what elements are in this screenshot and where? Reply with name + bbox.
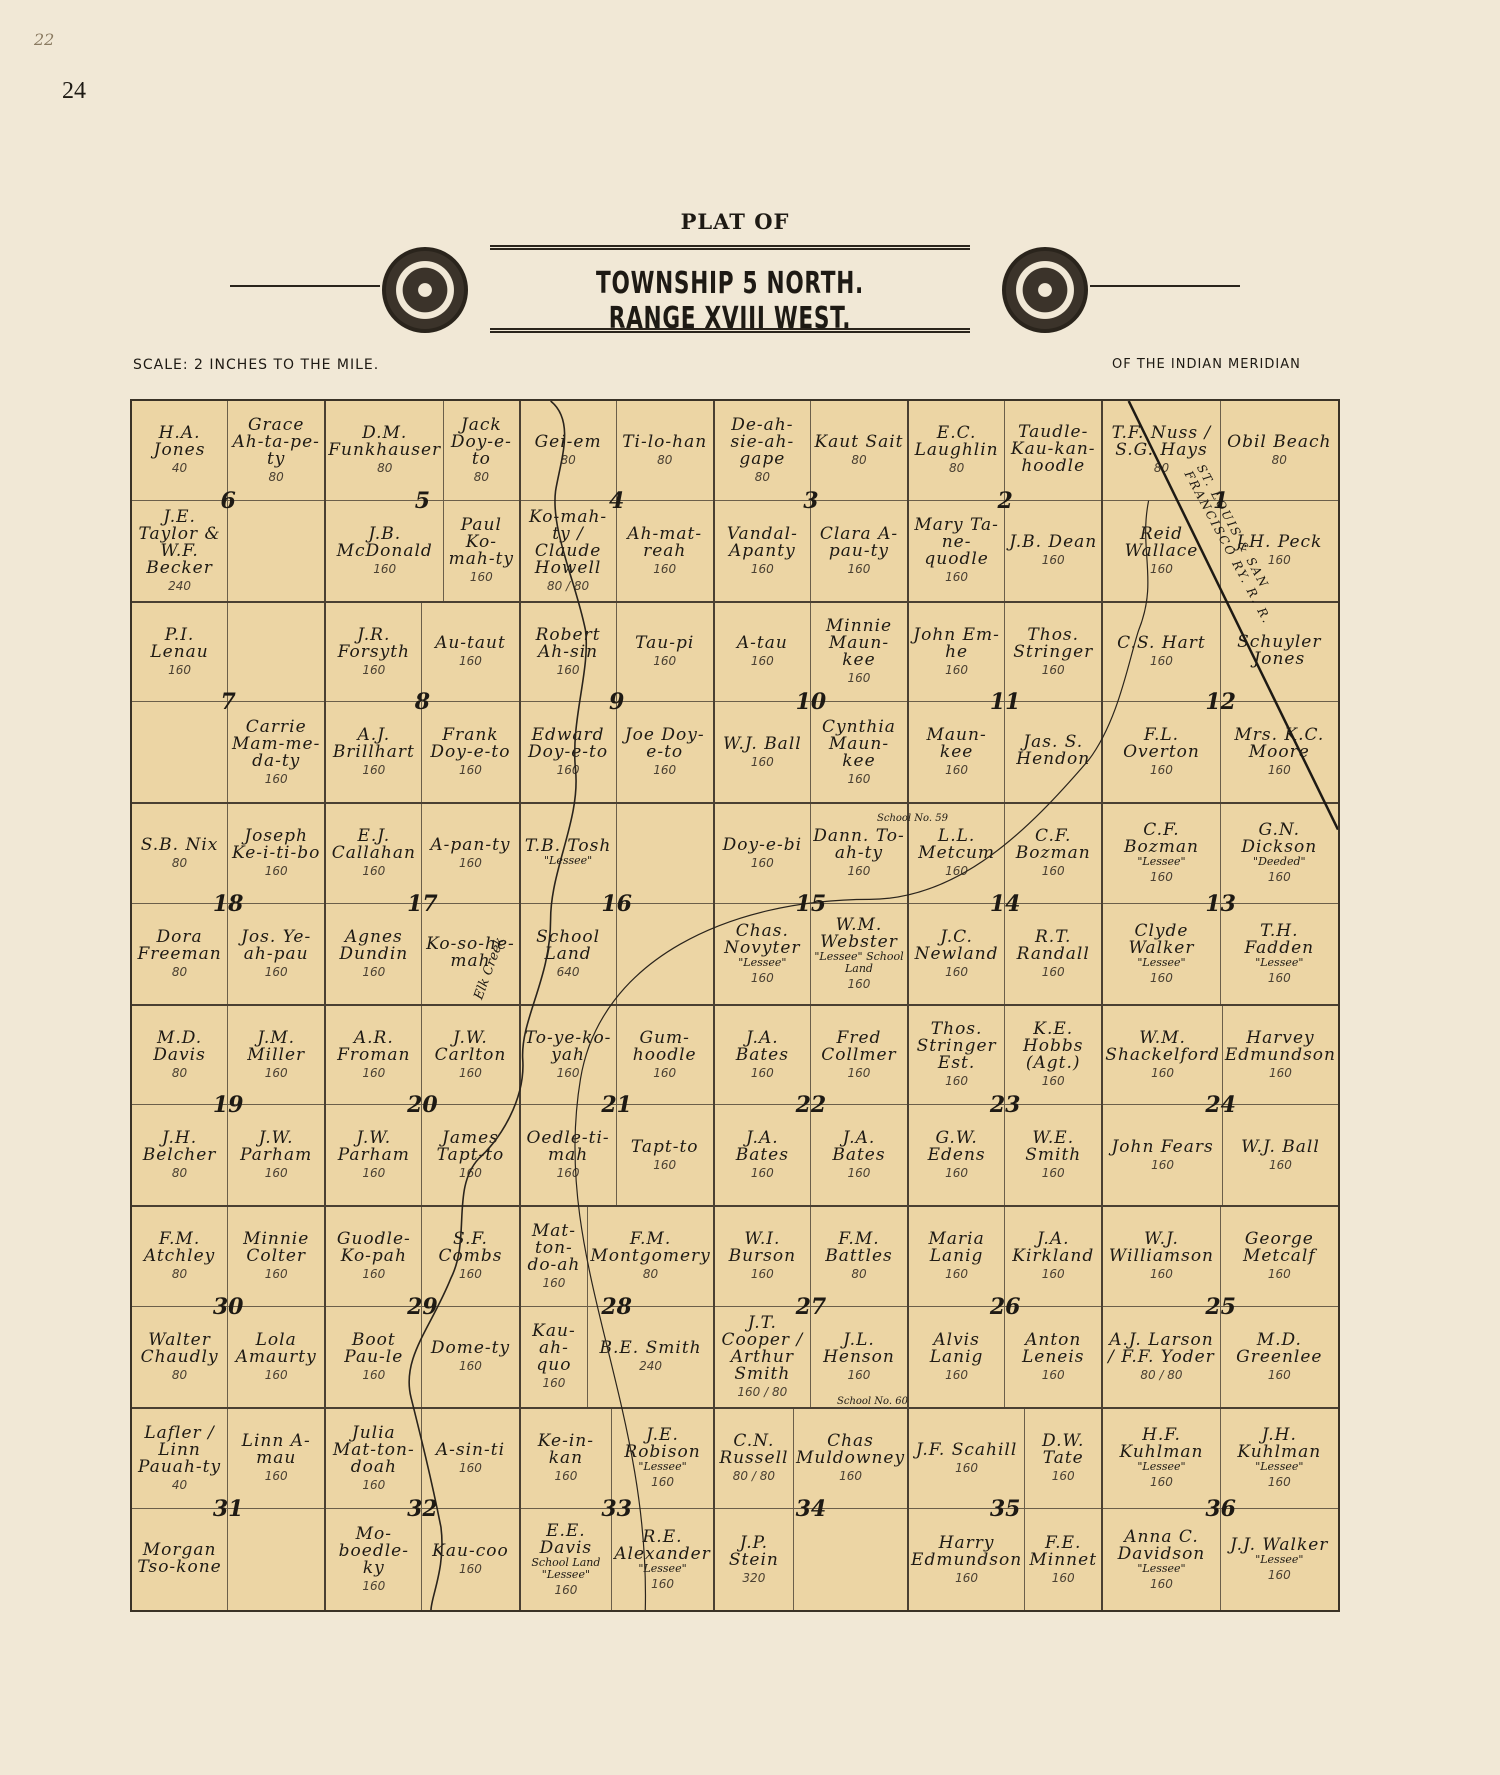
quarter-section: Chas Muldowney160 [794, 1409, 907, 1510]
owner-note: "Deeded" [1253, 856, 1306, 868]
acreage: 160 [1150, 971, 1173, 985]
acreage: 160 [1269, 1066, 1292, 1080]
quarter-section: G.W. Edens160 [909, 1105, 1005, 1205]
quarter-section: D.M. Funkhauser80 [326, 401, 444, 501]
quarter-section: F.M. Atchley80 [132, 1207, 228, 1307]
quarter-section: T.B. Tosh"Lessee" [521, 804, 617, 904]
section-30: F.M. Atchley80Minnie Colter160Walter Cha… [132, 1207, 326, 1409]
acreage: 160 [459, 1562, 482, 1576]
owner-name: B.E. Smith [600, 1340, 702, 1357]
section-18: S.B. Nix80Joseph Ke-i-ti-bo160Dora Freem… [132, 804, 326, 1006]
owner-name: Gum-hoodle [619, 1030, 711, 1064]
quarter-section: W.I. Burson160 [715, 1207, 811, 1307]
owner-name: J.J. Walker [1230, 1537, 1328, 1554]
owner-name: Maun-kee [911, 727, 1002, 761]
flourish-right [1090, 285, 1240, 287]
quarter-section: J.R. Forsyth160 [326, 603, 422, 703]
quarter-section: C.N. Russell80 / 80 [715, 1409, 794, 1510]
section-16: T.B. Tosh"Lessee"School Land64016 [521, 804, 715, 1006]
acreage: 160 [557, 763, 580, 777]
section-number: 34 [796, 1496, 827, 1522]
section-23: Thos. Stringer Est.160K.E. Hobbs (Agt.)1… [909, 1006, 1103, 1208]
section-32: Julia Mat-ton-doah160A-sin-ti160Mo-boedl… [326, 1409, 520, 1611]
section-number: 31 [213, 1496, 244, 1522]
acreage: 160 [1042, 965, 1065, 979]
owner-name: E.J. Callahan [328, 828, 419, 862]
quarter-section: To-ye-ko-yah160 [521, 1006, 617, 1106]
acreage: 320 [742, 1571, 765, 1585]
owner-name: Harry Edmundson [911, 1535, 1022, 1569]
acreage: 160 [848, 864, 871, 878]
owner-name: M.D. Greenlee [1223, 1332, 1336, 1366]
owner-name: W.M. Shackelford [1105, 1030, 1220, 1064]
owner-name: Jack Doy-e-to [446, 417, 516, 468]
acreage: 160 [848, 1166, 871, 1180]
owner-name: W.M. Webster [813, 917, 905, 951]
owner-name: Clyde Walker [1105, 923, 1217, 957]
owner-name: De-ah-sie-ah-gape [717, 417, 808, 468]
quarter-section: Mary Ta-ne-quodle160 [909, 501, 1005, 601]
quarter-section: John Em-he160 [909, 603, 1005, 703]
acreage: 160 [362, 663, 385, 677]
quarter-section: John Fears160 [1103, 1105, 1223, 1205]
quarter-section: Taudle-Kau-kan-hoodle [1005, 401, 1101, 501]
quarter-section: Kau-ah-quo160 [521, 1307, 589, 1407]
quarter-section: Edward Doy-e-to160 [521, 702, 617, 802]
section-number: 8 [415, 689, 430, 715]
quarter-section: Clara A-pau-ty160 [811, 501, 907, 601]
quarter-section: Au-taut160 [422, 603, 518, 703]
quarter-section: Maun-kee160 [909, 702, 1005, 802]
owner-name: Morgan Tso-kone [134, 1542, 225, 1576]
acreage: 160 [1150, 654, 1173, 668]
section-number: 16 [601, 891, 632, 917]
acreage: 160 [265, 1469, 288, 1483]
owner-name: George Metcalf [1223, 1231, 1336, 1265]
owner-name: G.W. Edens [911, 1130, 1002, 1164]
owner-name: W.E. Smith [1007, 1130, 1099, 1164]
owner-name: Minnie Maun-kee [813, 618, 905, 669]
owner-name: A.J. Brillhart [328, 727, 419, 761]
quarter-section: Mrs. K.C. Moore160 [1221, 702, 1338, 802]
quarter-section: Walter Chaudly80 [132, 1307, 228, 1407]
owner-name: J.W. Carlton [424, 1030, 516, 1064]
owner-name: Kau-ah-quo [523, 1323, 586, 1374]
owner-name: J.C. Newland [911, 929, 1002, 963]
quarter-section: R.E. Alexander"Lessee"160 [612, 1509, 713, 1610]
quarter-section: Dora Freeman80 [132, 904, 228, 1004]
owner-note: "Lessee" [544, 855, 592, 867]
quarter-section: P.I. Lenau160 [132, 603, 228, 703]
owner-name: School Land [523, 929, 614, 963]
quarter-section: W.J. Ball160 [715, 702, 811, 802]
owner-name: Mo-boedle-ky [328, 1526, 419, 1577]
owner-name: T.F. Nuss / S.G. Hays [1105, 425, 1217, 459]
acreage: 160 [1042, 1267, 1065, 1281]
acreage: 160 [362, 1368, 385, 1382]
owner-name: To-ye-ko-yah [523, 1030, 614, 1064]
acreage: 160 [362, 864, 385, 878]
quarter-section: F.M. Battles80 [811, 1207, 907, 1307]
acreage: 40 [172, 1478, 187, 1492]
section-number: 18 [213, 891, 244, 917]
owner-name: Linn A-mau [230, 1433, 322, 1467]
section-number: 28 [601, 1294, 632, 1320]
acreage: 160 [459, 856, 482, 870]
owner-name: D.W. Tate [1027, 1433, 1099, 1467]
quarter-section: Ko-so-he-mah [422, 904, 518, 1004]
section-number: 26 [990, 1294, 1021, 1320]
quarter-section: Alvis Lanig160 [909, 1307, 1005, 1407]
quarter-section: J.A. Kirkland160 [1005, 1207, 1101, 1307]
section-number: 15 [796, 891, 827, 917]
quarter-section: Tau-pi160 [617, 603, 713, 703]
section-21: To-ye-ko-yah160Gum-hoodle160Oedle-ti-mah… [521, 1006, 715, 1208]
acreage: 160 [362, 763, 385, 777]
owner-name: J.E. Robison [614, 1427, 711, 1461]
owner-name: Carrie Mam-me-da-ty [230, 719, 322, 770]
owner-note: "Lessee" [1137, 856, 1185, 868]
section-number: 17 [407, 891, 438, 917]
acreage: 240 [639, 1359, 662, 1373]
acreage: 160 [265, 1166, 288, 1180]
owner-name: Minnie Colter [230, 1231, 322, 1265]
owner-name: Mrs. K.C. Moore [1223, 727, 1336, 761]
section-3: De-ah-sie-ah-gape80Kaut Sait80Vandal-Apa… [715, 401, 909, 603]
acreage: 160 [653, 763, 676, 777]
owner-name: A-sin-ti [436, 1442, 505, 1459]
quarter-section: C.F. Bozman"Lessee"160 [1103, 804, 1220, 904]
owner-name: Paul Ko-mah-ty [446, 517, 516, 568]
owner-name: E.C. Laughlin [911, 425, 1002, 459]
quarter-section: Joseph Ke-i-ti-bo160 [228, 804, 324, 904]
quarter-section: J.E. Robison"Lessee"160 [612, 1409, 713, 1510]
owner-name: R.T. Randall [1007, 929, 1099, 963]
title-prefix: PLAT OF [230, 209, 1240, 234]
acreage: 80 [560, 453, 575, 467]
section-31: Lafler / Linn Pauah-ty40Linn A-mau160Mor… [132, 1409, 326, 1611]
section-29: Guodle-Ko-pah160S.F. Combs160Boot Pau-le… [326, 1207, 520, 1409]
acreage: 240 [168, 579, 191, 593]
acreage: 160 [557, 663, 580, 677]
section-11: John Em-he160Thos. Stringer160Maun-kee16… [909, 603, 1103, 805]
acreage: 160 [848, 977, 871, 991]
quarter-section: F.L. Overton160 [1103, 702, 1220, 802]
acreage: 160 [1042, 1074, 1065, 1088]
acreage: 160 [751, 1066, 774, 1080]
quarter-section: Lola Amaurty160 [228, 1307, 324, 1407]
quarter-section: A-tau160 [715, 603, 811, 703]
owner-name: M.D. Davis [134, 1030, 225, 1064]
section-number: 2 [998, 488, 1013, 514]
acreage: 160 [1269, 1158, 1292, 1172]
quarter-section [132, 702, 228, 802]
acreage: 160 [945, 965, 968, 979]
quarter-section [617, 804, 713, 904]
section-35: J.F. Scahill160D.W. Tate160Harry Edmunds… [909, 1409, 1103, 1611]
acreage: 160 [751, 755, 774, 769]
acreage: 80 [949, 461, 964, 475]
quarter-section [617, 904, 713, 1004]
page-title: TOWNSHIP 5 NORTH. RANGE XVIII WEST. [557, 266, 903, 336]
quarter-section: Ti-lo-han80 [617, 401, 713, 501]
quarter-section: Dome-ty160 [422, 1307, 518, 1407]
acreage: 160 [839, 1469, 862, 1483]
owner-name: Edward Doy-e-to [523, 727, 614, 761]
owner-name: Anton Leneis [1007, 1332, 1099, 1366]
owner-name: Tapt-to [631, 1139, 699, 1156]
acreage: 80 [851, 453, 866, 467]
quarter-section: Robert Ah-sin160 [521, 603, 617, 703]
section-26: Maria Lanig160J.A. Kirkland160Alvis Lani… [909, 1207, 1103, 1409]
quarter-section: Paul Ko-mah-ty160 [444, 501, 518, 601]
section-number: 35 [990, 1496, 1021, 1522]
quarter-section: Clyde Walker"Lessee"160 [1103, 904, 1220, 1004]
acreage: 160 [1268, 870, 1291, 884]
owner-name: T.H. Fadden [1223, 923, 1336, 957]
owner-name: Kaut Sait [814, 434, 903, 451]
owner-name: Lola Amaurty [230, 1332, 322, 1366]
quarter-section: Grace Ah-ta-pe-ty80 [228, 401, 324, 501]
quarter-section: H.A. Jones40 [132, 401, 228, 501]
quarter-section: J.F. Scahill160 [909, 1409, 1025, 1510]
owner-note: "Lessee" [638, 1563, 686, 1575]
owner-name: J.T. Cooper / Arthur Smith [717, 1315, 808, 1383]
section-6: H.A. Jones40Grace Ah-ta-pe-ty80J.E. Tayl… [132, 401, 326, 603]
quarter-section: A-sin-ti160 [422, 1409, 518, 1510]
acreage: 160 / 80 [737, 1385, 787, 1399]
acreage: 160 [362, 1579, 385, 1593]
quarter-section: Morgan Tso-kone [132, 1509, 228, 1610]
owner-name: J.H. Kuhlman [1223, 1427, 1336, 1461]
acreage: 160 [651, 1577, 674, 1591]
section-number: 36 [1205, 1496, 1236, 1522]
acreage: 160 [557, 1166, 580, 1180]
owner-name: T.B. Tosh [525, 838, 611, 855]
quarter-section: Linn A-mau160 [228, 1409, 324, 1510]
rosette-left-icon [382, 247, 468, 333]
owner-name: Tau-pi [635, 635, 694, 652]
owner-name: W.J. Williamson [1105, 1231, 1217, 1265]
school-59-marker: School No. 59 [877, 813, 948, 824]
section-number: 27 [796, 1294, 827, 1320]
owner-name: Taudle-Kau-kan-hoodle [1007, 424, 1099, 475]
acreage: 160 [751, 971, 774, 985]
acreage: 160 [1150, 1577, 1173, 1591]
acreage: 160 [554, 1583, 577, 1597]
acreage: 160 [373, 562, 396, 576]
owner-name: Doy-e-bi [723, 837, 802, 854]
quarter-section: Frank Doy-e-to160 [422, 702, 518, 802]
quarter-section: George Metcalf160 [1221, 1207, 1338, 1307]
quarter-section: J.M. Miller160 [228, 1006, 324, 1106]
quarter-section: Jos. Ye-ah-pau160 [228, 904, 324, 1004]
owner-name: J.A. Bates [717, 1030, 808, 1064]
rosette-right-icon [1002, 247, 1088, 333]
owner-name: Jos. Ye-ah-pau [230, 929, 322, 963]
quarter-section: Joe Doy-e-to160 [617, 702, 713, 802]
owner-name: J.R. Forsyth [328, 627, 419, 661]
section-number: 24 [1205, 1092, 1236, 1118]
quarter-section: J.H. Kuhlman"Lessee"160 [1221, 1409, 1338, 1510]
owner-name: Ko-mah-ty / Claude Howell [523, 509, 614, 577]
owner-name: H.A. Jones [134, 425, 225, 459]
section-number: 3 [803, 488, 818, 514]
section-number: 32 [407, 1496, 438, 1522]
quarter-section: J.H. Belcher80 [132, 1105, 228, 1205]
owner-name: Thos. Stringer [1007, 627, 1099, 661]
quarter-section: H.F. Kuhlman"Lessee"160 [1103, 1409, 1220, 1510]
quarter-section: A.J. Larson / F.F. Yoder80 / 80 [1103, 1307, 1220, 1407]
section-20: A.R. Froman160J.W. Carlton160J.W. Parham… [326, 1006, 520, 1208]
acreage: 80 / 80 [1140, 1368, 1182, 1382]
quarter-section: J.W. Parham160 [228, 1105, 324, 1205]
quarter-section [794, 1509, 907, 1610]
owner-note: "Lessee" [1137, 957, 1185, 969]
acreage: 160 [955, 1461, 978, 1475]
quarter-section: Thos. Stringer Est.160 [909, 1006, 1005, 1106]
acreage: 160 [1042, 663, 1065, 677]
quarter-section: Jack Doy-e-to80 [444, 401, 518, 501]
section-number: 14 [990, 891, 1021, 917]
section-number: 13 [1205, 891, 1236, 917]
owner-name: P.I. Lenau [134, 627, 225, 661]
quarter-section: Oedle-ti-mah160 [521, 1105, 617, 1205]
quarter-section: Anna C. Davidson"Lessee"160 [1103, 1509, 1220, 1610]
title-banner: TOWNSHIP 5 NORTH. RANGE XVIII WEST. [490, 245, 970, 333]
quarter-section: E.E. DavisSchool Land "Lessee"160 [521, 1509, 613, 1610]
quarter-section: Mat-ton-do-ah160 [521, 1207, 589, 1307]
acreage: 160 [362, 1478, 385, 1492]
acreage: 80 / 80 [547, 579, 589, 593]
owner-name: J.W. Parham [328, 1130, 419, 1164]
section-number: 12 [1205, 689, 1236, 715]
township-plat: H.A. Jones40Grace Ah-ta-pe-ty80J.E. Tayl… [130, 399, 1340, 1612]
acreage: 160 [1150, 763, 1173, 777]
quarter-section: Fred Collmer160 [811, 1006, 907, 1106]
scale-label: SCALE: 2 INCHES TO THE MILE. [133, 357, 379, 373]
owner-name: Ke-in-kan [523, 1433, 610, 1467]
quarter-section: Tapt-to160 [617, 1105, 713, 1205]
owner-name: W.J. Ball [1241, 1139, 1320, 1156]
quarter-section: Harvey Edmundson160 [1223, 1006, 1338, 1106]
section-19: M.D. Davis80J.M. Miller160J.H. Belcher80… [132, 1006, 326, 1208]
quarter-section: W.J. Williamson160 [1103, 1207, 1220, 1307]
acreage: 160 [651, 1475, 674, 1489]
quarter-section: A.R. Froman160 [326, 1006, 422, 1106]
owner-name: Thos. Stringer Est. [911, 1021, 1002, 1072]
owner-name: Alvis Lanig [911, 1332, 1002, 1366]
acreage: 160 [168, 663, 191, 677]
owner-name: Ah-mat-reah [619, 526, 711, 560]
acreage: 160 [945, 864, 968, 878]
quarter-section: J.C. Newland160 [909, 904, 1005, 1004]
quarter-section: Gei-em80 [521, 401, 617, 501]
quarter-section: Harry Edmundson160 [909, 1509, 1025, 1610]
quarter-section: W.M. Webster"Lessee" School Land160 [811, 904, 907, 1004]
corner-mark: 22 [34, 30, 54, 49]
owner-name: James Tapt-to [424, 1130, 516, 1164]
quarter-section: J.W. Parham160 [326, 1105, 422, 1205]
acreage: 160 [1268, 1267, 1291, 1281]
owner-name: Au-taut [435, 635, 506, 652]
acreage: 80 [1154, 461, 1169, 475]
acreage: 160 [459, 763, 482, 777]
acreage: 160 [265, 864, 288, 878]
owner-name: Chas. Novyter [717, 923, 808, 957]
owner-name: A.R. Froman [328, 1030, 419, 1064]
owner-name: C.N. Russell [717, 1433, 791, 1467]
acreage: 160 [459, 1166, 482, 1180]
quarter-section: J.P. Stein320 [715, 1509, 794, 1610]
owner-name: Dora Freeman [134, 929, 225, 963]
acreage: 160 [265, 772, 288, 786]
owner-name: J.B. Dean [1009, 534, 1097, 551]
acreage: 160 [1052, 1571, 1075, 1585]
quarter-section: S.F. Combs160 [422, 1207, 518, 1307]
quarter-section: Gum-hoodle160 [617, 1006, 713, 1106]
acreage: 160 [459, 1066, 482, 1080]
owner-name: Guodle-Ko-pah [328, 1231, 419, 1265]
owner-name: J.A. Bates [813, 1130, 905, 1164]
owner-name: K.E. Hobbs (Agt.) [1007, 1021, 1099, 1072]
section-number: 5 [415, 488, 430, 514]
quarter-section: Obil Beach80 [1221, 401, 1338, 501]
acreage: 160 [1268, 763, 1291, 777]
acreage: 160 [653, 654, 676, 668]
acreage: 160 [265, 965, 288, 979]
acreage: 160 [751, 1267, 774, 1281]
section-number: 6 [220, 488, 235, 514]
owner-name: Frank Doy-e-to [424, 727, 516, 761]
owner-name: John Em-he [911, 627, 1002, 661]
acreage: 160 [1042, 1166, 1065, 1180]
quarter-section: Thos. Stringer160 [1005, 603, 1101, 703]
acreage: 160 [1268, 971, 1291, 985]
meridian-label: OF THE INDIAN MERIDIAN [1112, 357, 1301, 372]
quarter-section: Mo-boedle-ky160 [326, 1509, 422, 1610]
owner-name: J.M. Miller [230, 1030, 322, 1064]
owner-note: "Lessee" School Land [813, 951, 905, 975]
quarter-section: Vandal-Apanty160 [715, 501, 811, 601]
owner-name: D.M. Funkhauser [328, 425, 441, 459]
owner-name: Oedle-ti-mah [523, 1130, 614, 1164]
acreage: 160 [945, 1267, 968, 1281]
owner-name: Dome-ty [431, 1340, 510, 1357]
quarter-section: M.D. Greenlee160 [1221, 1307, 1338, 1407]
acreage: 160 [848, 562, 871, 576]
acreage: 160 [1150, 562, 1173, 576]
acreage: 80 [172, 1066, 187, 1080]
section-12: C.S. Hart160Schuyler JonesF.L. Overton16… [1103, 603, 1338, 805]
quarter-section: Maria Lanig160 [909, 1207, 1005, 1307]
quarter-section: Carrie Mam-me-da-ty160 [228, 702, 324, 802]
acreage: 160 [945, 1074, 968, 1088]
acreage: 160 [1150, 1267, 1173, 1281]
section-number: 23 [990, 1092, 1021, 1118]
owner-name: Harvey Edmundson [1225, 1030, 1336, 1064]
owner-note: "Lessee" [738, 957, 786, 969]
acreage: 80 [269, 470, 284, 484]
acreage: 160 [1268, 1368, 1291, 1382]
section-9: Robert Ah-sin160Tau-pi160Edward Doy-e-to… [521, 603, 715, 805]
quarter-section: Kau-coo160 [422, 1509, 518, 1610]
acreage: 160 [362, 965, 385, 979]
acreage: 160 [848, 1066, 871, 1080]
section-2: E.C. Laughlin80Taudle-Kau-kan-hoodleMary… [909, 401, 1103, 603]
acreage: 160 [751, 562, 774, 576]
quarter-section: Anton Leneis160 [1005, 1307, 1101, 1407]
